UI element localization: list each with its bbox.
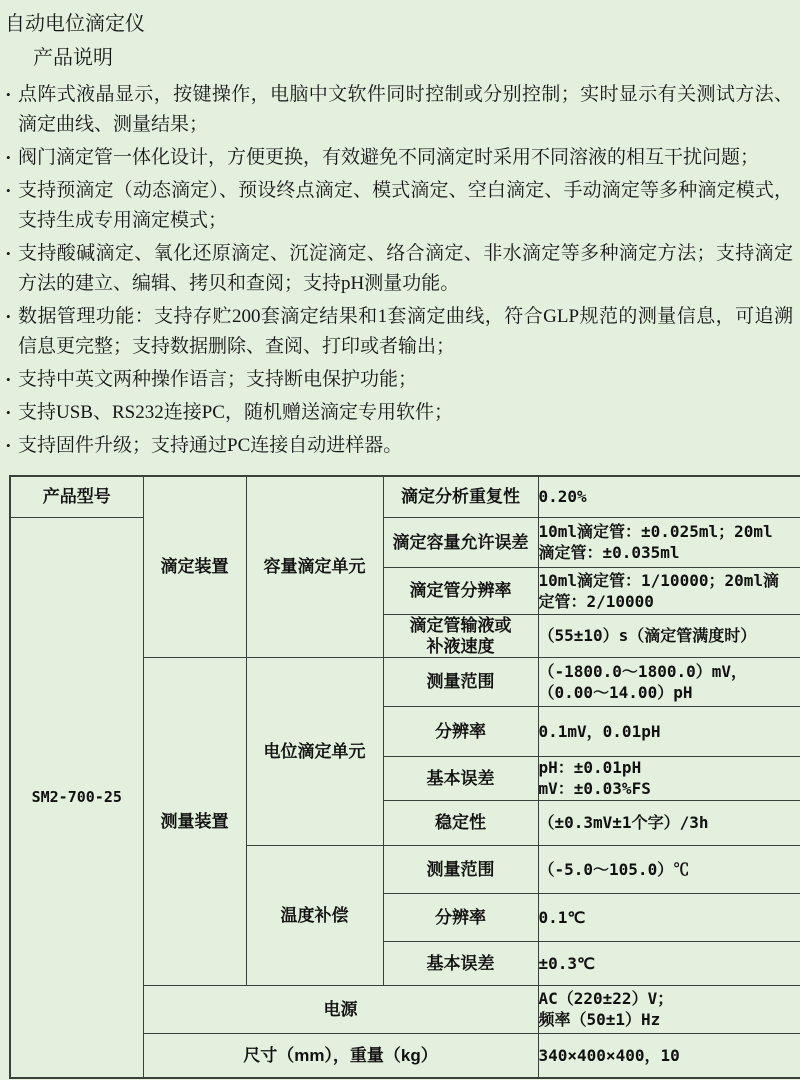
param-value-cell: 10ml滴定管：±0.025ml；20ml 滴定管：±0.035ml: [538, 517, 800, 567]
param-value-cell: （±0.3mV±1个字）/3h: [538, 800, 800, 845]
dimensions-label-cell: 尺寸（mm），重量（kg）: [143, 1033, 538, 1078]
feature-text: 支持USB、RS232连接PC，随机赠送滴定专用软件；: [18, 402, 453, 423]
param-label-cell: 分辨率: [383, 706, 538, 756]
feature-bullet: • 支持预滴定（动态滴定）、预设终点滴定、模式滴定、空白滴定、手动滴定等多种滴定…: [5, 176, 793, 236]
bullet-icon: •: [6, 431, 11, 461]
param-label-cell: 测量范围: [383, 845, 538, 893]
feature-text: 支持预滴定（动态滴定）、预设终点滴定、模式滴定、空白滴定、手动滴定等多种滴定模式…: [18, 180, 793, 231]
feature-text: 支持中英文两种操作语言；支持断电保护功能；: [18, 369, 417, 390]
param-value-cell: pH：±0.01pH mV：±0.03%FS: [538, 756, 800, 800]
feature-bullet: • 阀门滴定管一体化设计，方便更换，有效避免不同滴定时采用不同溶液的相互干扰问题…: [5, 143, 793, 173]
device-group-titration-cell: 滴定装置: [143, 476, 246, 657]
feature-text: 阀门滴定管一体化设计，方便更换，有效避免不同滴定时采用不同溶液的相互干扰问题；: [18, 147, 759, 168]
param-value-cell: ±0.3℃: [538, 941, 800, 985]
feature-bullet: • 支持USB、RS232连接PC，随机赠送滴定专用软件；: [5, 398, 793, 428]
unit-group-temperature-cell: 温度补偿: [246, 845, 383, 985]
product-model-cell: SM2-700-25: [10, 517, 143, 1078]
param-label-cell: 基本误差: [383, 756, 538, 800]
param-label-cell: 测量范围: [383, 657, 538, 706]
param-label-cell: 滴定管分辨率: [383, 567, 538, 614]
param-value-cell: 10ml滴定管：1/10000；20ml滴 定管：2/10000: [538, 567, 800, 614]
bullet-icon: •: [6, 176, 11, 206]
feature-text: 数据管理功能：支持存贮200套滴定结果和1套滴定曲线，符合GLP规范的测量信息，…: [18, 306, 793, 357]
param-label-cell: 稳定性: [383, 800, 538, 845]
param-value-cell: （55±10）s（滴定管满度时）: [538, 614, 800, 657]
unit-group-potential-cell: 电位滴定单元: [246, 657, 383, 845]
param-value-cell: （-1800.0～1800.0）mV， （0.00～14.00）pH: [538, 657, 800, 706]
product-model-header-cell: 产品型号: [10, 476, 143, 517]
feature-bullet: • 支持酸碱滴定、氧化还原滴定、沉淀滴定、络合滴定、非水滴定等多种滴定方法；支持…: [5, 239, 793, 299]
bullet-icon: •: [6, 239, 11, 269]
section-subtitle: 产品说明: [33, 47, 793, 69]
spec-row: 产品型号 滴定装置 容量滴定单元 滴定分析重复性 0.20%: [10, 476, 800, 517]
page-title: 自动电位滴定仪: [5, 13, 793, 35]
bullet-icon: •: [6, 143, 11, 173]
feature-bullet: • 点阵式液晶显示，按键操作，电脑中文软件同时控制或分别控制；实时显示有关测试方…: [5, 80, 793, 140]
document-page: 自动电位滴定仪 产品说明 • 点阵式液晶显示，按键操作，电脑中文软件同时控制或分…: [0, 0, 800, 1079]
param-value-cell: 0.1℃: [538, 893, 800, 941]
param-label-cell: 滴定分析重复性: [383, 476, 538, 517]
param-label-cell: 滴定容量允许误差: [383, 517, 538, 567]
device-group-measurement-cell: 测量装置: [143, 657, 246, 985]
power-label-cell: 电源: [143, 985, 538, 1033]
param-value-cell: AC（220±22）V； 频率（50±1）Hz: [538, 985, 800, 1033]
feature-bullet: • 支持中英文两种操作语言；支持断电保护功能；: [5, 365, 793, 395]
feature-bullet: • 支持固件升级；支持通过PC连接自动进样器。: [5, 431, 793, 461]
bullet-icon: •: [6, 302, 11, 332]
param-label-cell: 基本误差: [383, 941, 538, 985]
spec-table: 产品型号 滴定装置 容量滴定单元 滴定分析重复性 0.20% SM2-700-2…: [9, 475, 800, 1079]
param-value-cell: 340×400×400，10: [538, 1033, 800, 1078]
param-value-cell: 0.20%: [538, 476, 800, 517]
param-label-cell: 滴定管输液或 补液速度: [383, 614, 538, 657]
param-label-cell: 分辨率: [383, 893, 538, 941]
features-list: • 点阵式液晶显示，按键操作，电脑中文软件同时控制或分别控制；实时显示有关测试方…: [5, 80, 793, 461]
spec-row: SM2-700-25 滴定容量允许误差 10ml滴定管：±0.025ml；20m…: [10, 517, 800, 567]
param-value-cell: 0.1mV，0.01pH: [538, 706, 800, 756]
feature-text: 支持固件升级；支持通过PC连接自动进样器。: [18, 435, 402, 456]
param-value-cell: （-5.0～105.0）℃: [538, 845, 800, 893]
feature-bullet: • 数据管理功能：支持存贮200套滴定结果和1套滴定曲线，符合GLP规范的测量信…: [5, 302, 793, 362]
unit-group-volume-cell: 容量滴定单元: [246, 476, 383, 657]
feature-text: 支持酸碱滴定、氧化还原滴定、沉淀滴定、络合滴定、非水滴定等多种滴定方法；支持滴定…: [18, 243, 793, 294]
feature-text: 点阵式液晶显示，按键操作，电脑中文软件同时控制或分别控制；实时显示有关测试方法、…: [18, 84, 793, 135]
bullet-icon: •: [6, 398, 11, 428]
bullet-icon: •: [6, 80, 11, 110]
bullet-icon: •: [6, 365, 11, 395]
